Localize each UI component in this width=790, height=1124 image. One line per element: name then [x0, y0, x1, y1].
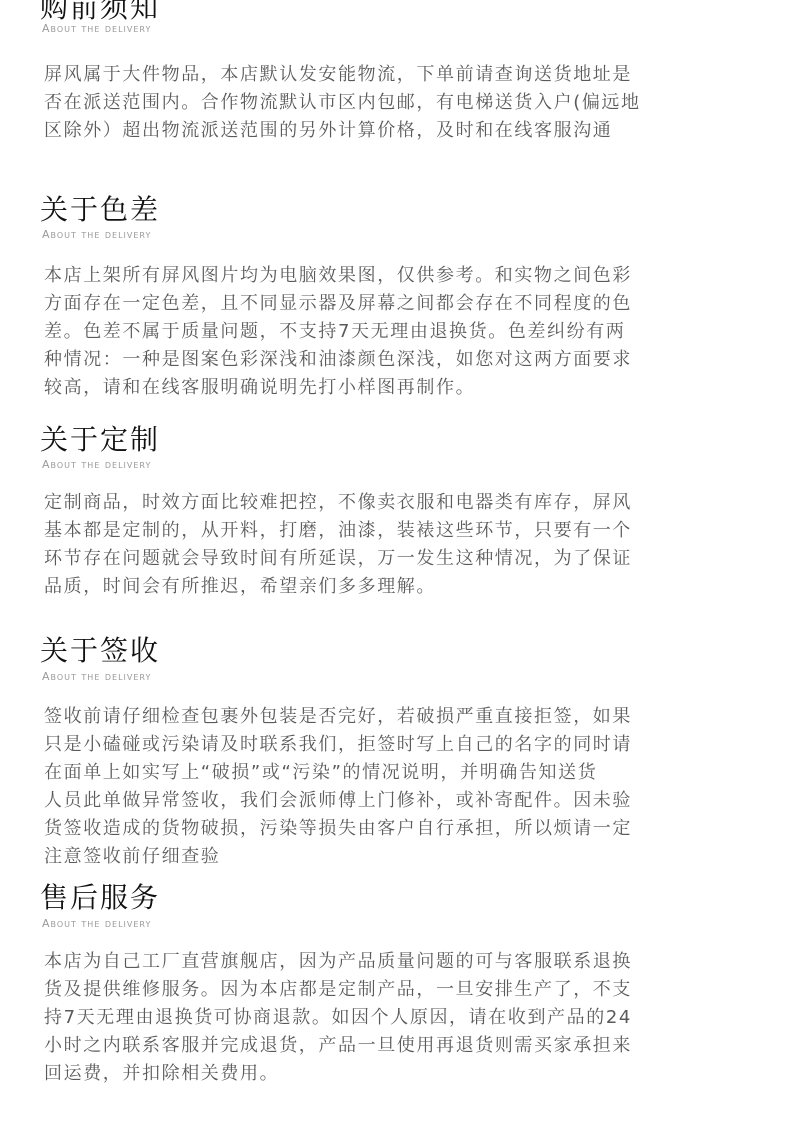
body-line: 本店上架所有屏风图片均为电脑效果图，仅供参考。和实物之间色彩 — [44, 262, 756, 290]
section-body: 签收前请仔细检查包裹外包装是否完好，若破损严重直接拒签，如果 只是小磕碰或污染请… — [44, 703, 756, 871]
body-line: 定制商品，时效方面比较难把控，不像卖衣服和电器类有库存，屏风 — [44, 489, 756, 517]
body-line: 人员此单做异常签收，我们会派师傅上门修补，或补寄配件。因未验 — [44, 787, 756, 815]
body-line: 基本都是定制的，从开料，打磨，油漆，装裱这些环节，只要有一个 — [44, 517, 756, 545]
section-title: 关于色差 — [40, 188, 160, 228]
section-body: 屏风属于大件物品，本店默认发安能物流，下单前请查询送货地址是 否在派送范围内。合… — [44, 61, 756, 145]
body-line: 否在派送范围内。合作物流默认市区内包邮，有电梯送货入户(偏远地 — [44, 89, 756, 117]
body-line: 较高，请和在线客服明确说明先打小样图再制作。 — [44, 374, 756, 402]
body-line: 货及提供维修服务。因为本店都是定制产品，一旦安排生产了，不支 — [44, 976, 756, 1004]
body-line: 签收前请仔细检查包裹外包装是否完好，若破损严重直接拒签，如果 — [44, 703, 756, 731]
body-line: 持7天无理由退换货可协商退款。如因个人原因，请在收到产品的24 — [44, 1004, 756, 1032]
section-title: 关于定制 — [40, 418, 160, 458]
section-subtitle: About the delivery — [42, 917, 151, 930]
section-subtitle: About the delivery — [42, 228, 151, 241]
body-line: 小时之内联系客服并完成退货，产品一旦使用再退货则需买家承担来 — [44, 1032, 756, 1060]
section-body: 定制商品，时效方面比较难把控，不像卖衣服和电器类有库存，屏风 基本都是定制的，从… — [44, 489, 756, 601]
body-line: 差。色差不属于质量问题，不支持7天无理由退换货。色差纠纷有两 — [44, 318, 756, 346]
section-title: 关于签收 — [40, 629, 160, 669]
section-subtitle: About the delivery — [42, 22, 151, 35]
body-line: 注意签收前仔细查验 — [44, 843, 756, 871]
body-line: 货签收造成的货物破损，污染等损失由客户自行承担，所以烦请一定 — [44, 815, 756, 843]
body-line: 品质，时间会有所推迟，希望亲们多多理解。 — [44, 573, 756, 601]
body-line: 种情况：一种是图案色彩深浅和油漆颜色深浅，如您对这两方面要求 — [44, 346, 756, 374]
body-line: 在面单上如实写上“破损”或“污染”的情况说明，并明确告知送货 — [44, 759, 756, 787]
body-line: 方面存在一定色差，且不同显示器及屏幕之间都会存在不同程度的色 — [44, 290, 756, 318]
body-line: 只是小磕碰或污染请及时联系我们，拒签时写上自己的名字的同时请 — [44, 731, 756, 759]
section-subtitle: About the delivery — [42, 458, 151, 471]
body-line: 屏风属于大件物品，本店默认发安能物流，下单前请查询送货地址是 — [44, 61, 756, 89]
section-body: 本店上架所有屏风图片均为电脑效果图，仅供参考。和实物之间色彩 方面存在一定色差，… — [44, 262, 756, 402]
section-subtitle: About the delivery — [42, 670, 151, 683]
body-line: 环节存在问题就会导致时间有所延误，万一发生这种情况，为了保证 — [44, 545, 756, 573]
body-line: 回运费，并扣除相关费用。 — [44, 1060, 756, 1088]
body-line: 本店为自己工厂直营旗舰店，因为产品质量问题的可与客服联系退换 — [44, 948, 756, 976]
body-line: 区除外）超出物流派送范围的另外计算价格，及时和在线客服沟通 — [44, 117, 756, 145]
section-body: 本店为自己工厂直营旗舰店，因为产品质量问题的可与客服联系退换 货及提供维修服务。… — [44, 948, 756, 1088]
section-title: 售后服务 — [40, 876, 160, 916]
